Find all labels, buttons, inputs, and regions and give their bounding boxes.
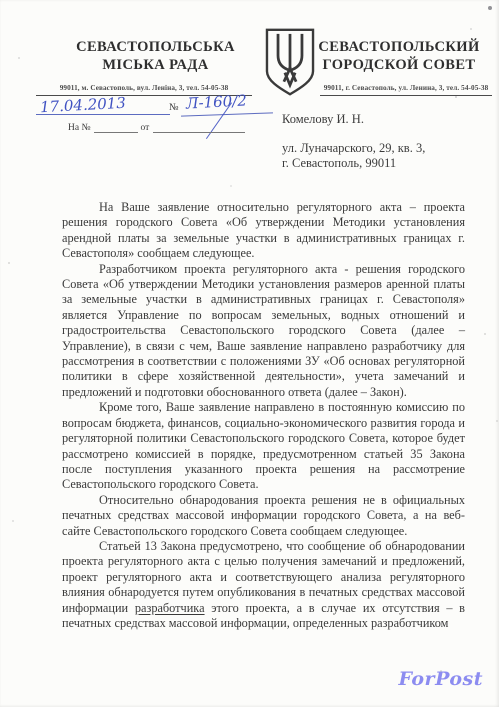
- reference-underline-number: [181, 112, 273, 116]
- org-title-line1: СЕВАСТОПОЛЬСЬКА: [68, 38, 243, 56]
- paragraph-5: Статьей 13 Закона предусмотрено, что соо…: [62, 539, 465, 631]
- recipient-block: Комелову И. Н. ул. Луначарского, 29, кв.…: [282, 112, 425, 172]
- org-address-russian: 99011, г. Севастополь, ул. Ленина, 3, те…: [320, 84, 492, 92]
- paragraph-1: На Ваше заявление относительно регулятор…: [62, 200, 465, 262]
- recipient-name: Комелову И. Н.: [282, 112, 425, 128]
- reply-from-label: от: [141, 123, 150, 133]
- reply-reference-line: На №от: [68, 122, 245, 133]
- letter-body: На Ваше заявление относительно регулятор…: [62, 200, 465, 631]
- org-title-line2: МІСЬКА РАДА: [68, 56, 243, 74]
- ukraine-trident-icon: [261, 27, 319, 97]
- scan-noise: [0, 0, 2, 2]
- recipient-address-line1: ул. Луначарского, 29, кв. 3,: [282, 141, 425, 157]
- reference-underline-date: [36, 114, 170, 115]
- org-address-ukrainian: 99011, м. Севастополь, вул. Леніна, 3, т…: [36, 84, 252, 92]
- number-sign-label: №: [169, 102, 179, 113]
- paragraph-2: Разработчиком проекта регуляторного акта…: [62, 262, 465, 401]
- paragraph-3: Кроме того, Ваше заявление направлено в …: [62, 400, 465, 492]
- reply-date-blank: [153, 122, 245, 133]
- underlined-word: разработчика: [135, 601, 205, 615]
- paragraph-4: Относительно обнародования проекта решен…: [62, 493, 465, 539]
- header-rule-right: [320, 95, 492, 96]
- org-title-russian: СЕВАСТОПОЛЬСКИЙ ГОРОДСКОЙ СОВЕТ: [318, 38, 480, 74]
- scanned-letter-page: СЕВАСТОПОЛЬСЬКА МІСЬКА РАДА СЕВАСТОПОЛЬС…: [0, 0, 499, 707]
- reply-prefix-label: На №: [68, 123, 91, 133]
- org-title-line2: ГОРОДСКОЙ СОВЕТ: [318, 56, 480, 74]
- org-title-ukrainian: СЕВАСТОПОЛЬСЬКА МІСЬКА РАДА: [68, 38, 243, 74]
- org-title-line1: СЕВАСТОПОЛЬСКИЙ: [318, 38, 480, 56]
- handwritten-date: 17.04.2013: [40, 94, 127, 116]
- handwritten-ref-number: Л-160/2: [186, 91, 248, 112]
- reply-number-blank: [94, 122, 138, 133]
- recipient-address-line2: г. Севастополь, 99011: [282, 156, 425, 172]
- forpost-watermark: ForPost: [398, 668, 483, 690]
